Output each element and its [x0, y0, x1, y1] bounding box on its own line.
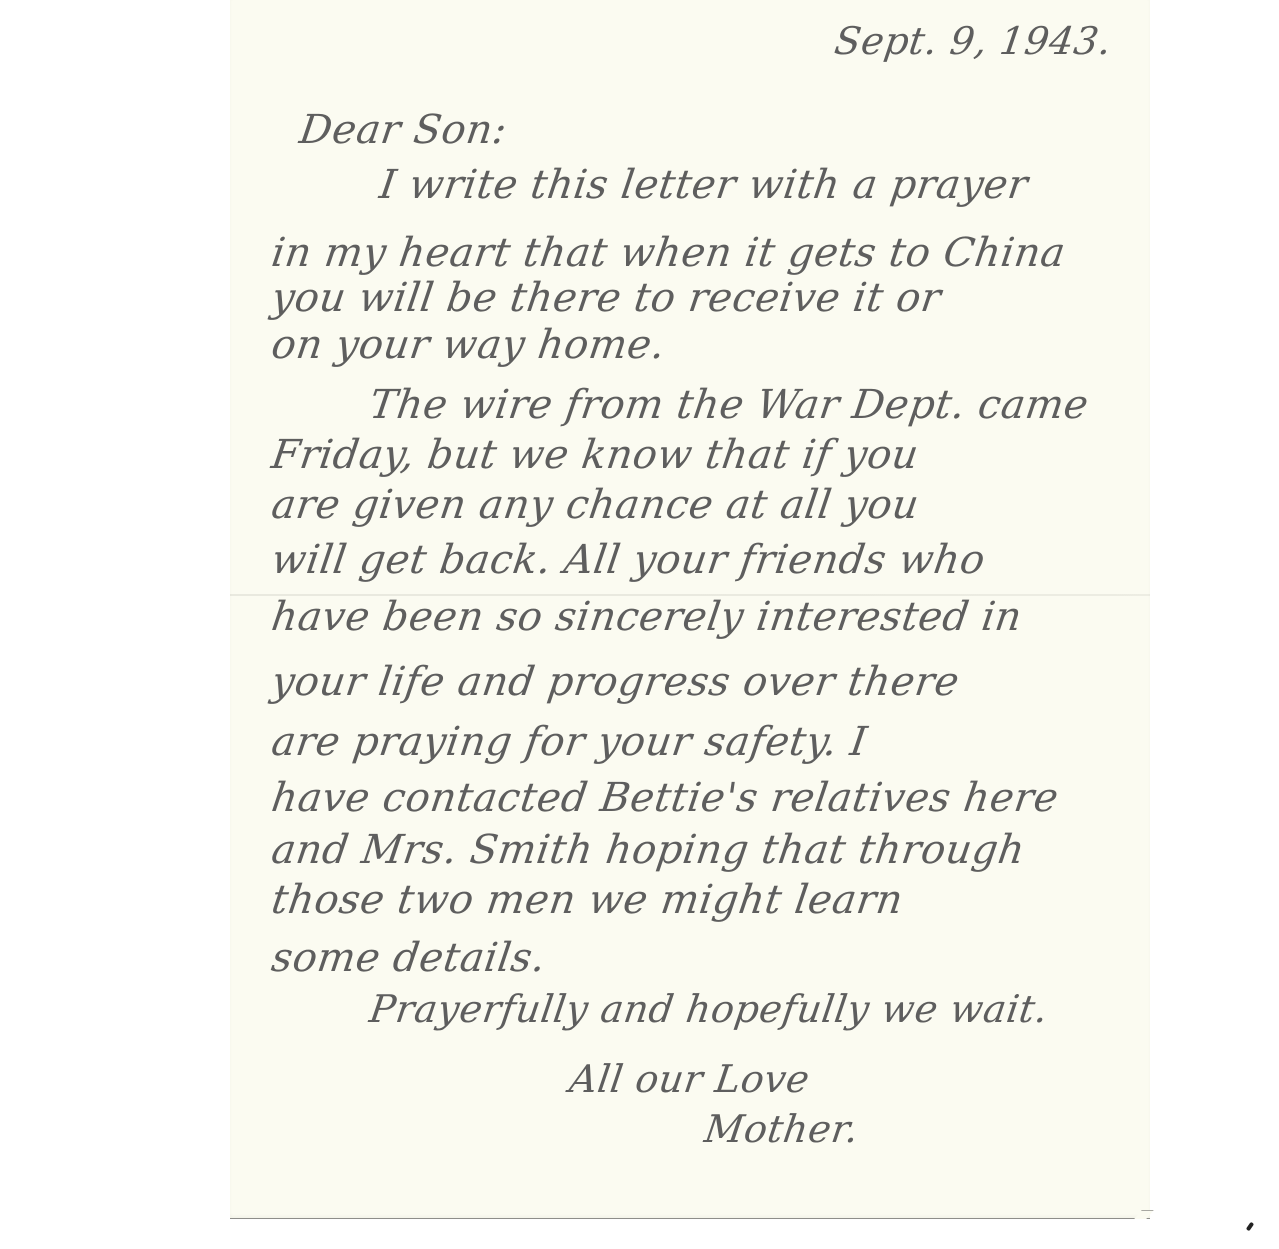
letter-line: I write this letter with a prayer	[377, 165, 1030, 205]
stray-ink-mark	[1246, 1222, 1254, 1232]
letter-signature: Mother.	[702, 1110, 861, 1148]
letter-date: Sept. 9, 1943.	[832, 22, 1114, 60]
letter-line: will get back. All your friends who	[269, 540, 988, 580]
letter-line: have contacted Bettie's relatives here	[269, 778, 1061, 818]
letter-line: those two men we might learn	[269, 880, 905, 920]
letter-line: and Mrs. Smith hoping that through	[269, 830, 1027, 870]
letter-line: on your way home.	[269, 325, 668, 365]
letter-line: you will be there to receive it or	[269, 278, 943, 318]
letter-closing: Prayerfully and hopefully we wait.	[367, 990, 1050, 1028]
letter-line: are praying for your safety. I	[269, 722, 869, 762]
letter-line: are given any chance at all you	[269, 485, 921, 525]
letter-line: in my heart that when it gets to China	[269, 233, 1068, 273]
letter-line: your life and progress over there	[269, 662, 962, 702]
letter-paper: Sept. 9, 1943. Dear Son: I write this le…	[230, 0, 1150, 1219]
letter-line: some details.	[269, 938, 548, 978]
letter-line: have been so sincerely interested in	[269, 597, 1024, 637]
letter-line: Friday, but we know that if you	[269, 435, 921, 475]
letter-signoff: All our Love	[567, 1060, 812, 1098]
paper-corner-fold	[1134, 1210, 1154, 1219]
letter-line: The wire from the War Dept. came	[367, 385, 1091, 425]
letter-salutation: Dear Son:	[297, 110, 509, 150]
